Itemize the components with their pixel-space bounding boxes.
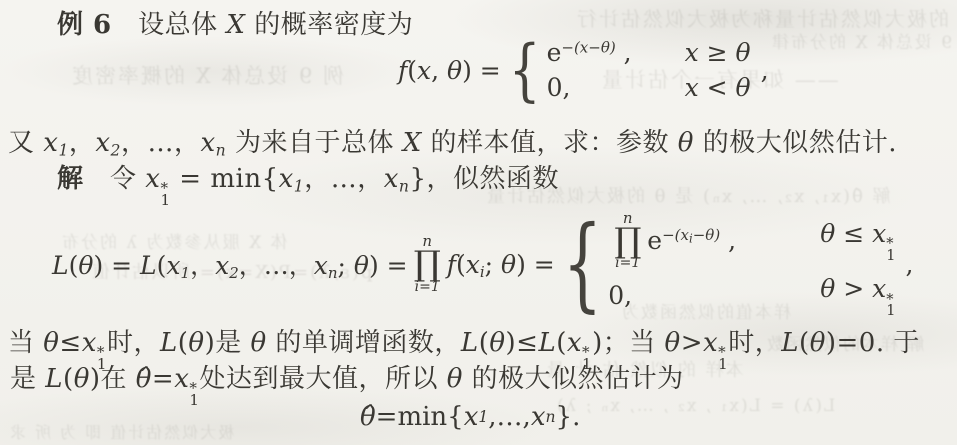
case-value: e−(x−θ) , (547, 38, 685, 67)
left-brace: { (563, 213, 602, 315)
likelihood-formula: L(θ) = L(x1，x2，…，xn; θ) = n ∏ i=1 f(xi; … (52, 214, 913, 314)
case-value: 0, (608, 281, 820, 310)
case-condition: θ > x*1 (820, 274, 895, 317)
formula2-lhs: L(θ) = L(x1，x2，…，xn; θ) = (52, 246, 408, 282)
formula1-cases: e−(x−θ) , x ≥ θ 0, x < θ (547, 38, 751, 102)
product-operator: n ∏ i=1 (614, 211, 641, 271)
formula2-mid: f(xi; θ) = (447, 250, 555, 279)
case-condition: x < θ (685, 73, 751, 102)
printed-content: 例 6 设总体 X 的概率密度为 f(x, θ) = { e−(x−θ) , x… (0, 0, 957, 445)
case-value: n ∏ i=1 e−(xi−θ) , (608, 211, 820, 271)
formula1-lhs: f(x, θ) = (398, 56, 501, 85)
product-symbol: ∏ (414, 249, 441, 280)
case-row: e−(x−θ) , x ≥ θ (547, 38, 751, 67)
case-row: 0, θ > x*1 (608, 274, 895, 317)
sample-values-paragraph: 又 x1，x2，…，xn 为来自于总体 X 的样本值，求：参数 θ 的极大似然估… (8, 122, 897, 159)
case-value: 0, (547, 73, 685, 102)
formula2-cases: n ∏ i=1 e−(xi−θ) , θ ≤ x*1 0, θ > x*1 (608, 211, 895, 317)
analysis-line-2: 是 L(θ)在 θ̂=x*1处达到最大值，所以 θ 的极大似然估计为 (10, 358, 684, 407)
left-brace: { (509, 36, 541, 104)
case-condition: θ ≤ x*1 (820, 219, 895, 262)
case-value-expression: e−(xi−θ) , (647, 226, 736, 255)
case-row: 0, x < θ (547, 73, 751, 102)
case-condition: x ≥ θ (685, 38, 751, 67)
textbook-page: 的极大似然估计量称为极大似然估计行例 9 设总体 X 的分布律例 9 设总体 X… (0, 0, 957, 445)
case-row: n ∏ i=1 e−(xi−θ) , θ ≤ x*1 (608, 211, 895, 271)
product-lower-limit: i=1 (415, 280, 440, 294)
trailing-comma: , (761, 56, 769, 85)
example-heading: 例 6 设总体 X 的概率密度为 (57, 4, 413, 41)
product-operator: n ∏ i=1 (414, 234, 441, 294)
density-formula: f(x, θ) = { e−(x−θ) , x ≥ θ 0, x < θ , (398, 38, 769, 102)
solution-opening-line: 解 令 x*1 = min{x1，…，xn}，似然函数 (57, 158, 559, 207)
mle-result-formula: θ̂=min{x1 ,…, xn}. (360, 402, 580, 432)
product-symbol: ∏ (614, 226, 641, 257)
product-lower-limit: i=1 (615, 256, 640, 270)
trailing-comma: , (905, 250, 913, 279)
